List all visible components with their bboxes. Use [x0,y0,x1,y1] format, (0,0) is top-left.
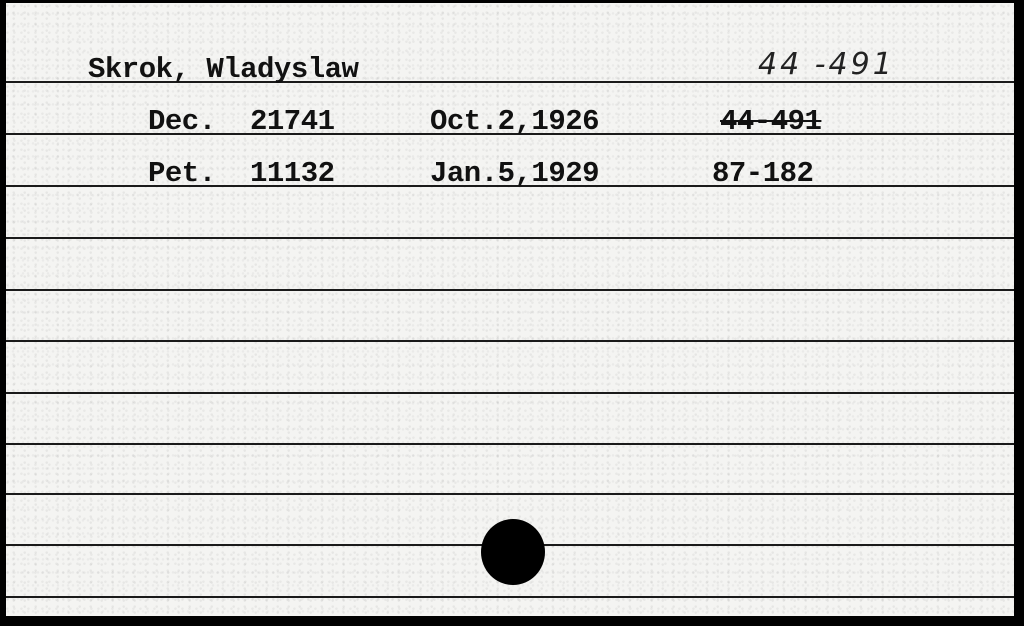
ruled-line [6,289,1014,291]
entry-type: Pet. [148,157,216,190]
entry-date: Jan.5,1929 [430,157,599,190]
entry-date: Oct.2,1926 [430,105,599,138]
ruled-line [6,237,1014,239]
ruled-line [6,340,1014,342]
entry-type: Dec. [148,105,216,138]
handwritten-number: 44 -491 [758,47,895,82]
ruled-line [6,392,1014,394]
index-card: Skrok, Wladyslaw 44 -491 Dec. 21741 Oct.… [6,3,1014,616]
person-name: Skrok, Wladyslaw [88,53,358,86]
entry-number: 21741 [250,105,335,138]
ruled-line [6,493,1014,495]
ruled-line [6,596,1014,598]
ruled-line [6,443,1014,445]
entry-reference-struck: 44-491 [720,105,821,138]
entry-reference: 87-182 [712,157,813,190]
entry-number: 11132 [250,157,335,190]
punch-hole [481,519,545,585]
